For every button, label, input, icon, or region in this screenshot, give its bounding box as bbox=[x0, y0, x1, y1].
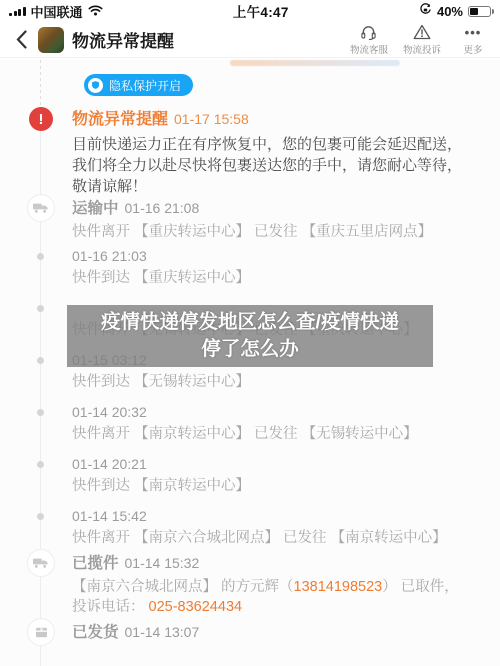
privacy-shield-icon bbox=[88, 78, 103, 93]
entry-time: 01-14 15:32 bbox=[125, 555, 200, 571]
entry-time: 01-14 15:42 bbox=[72, 506, 466, 526]
timeline-entry: 01-16 21:03 快件到达 【重庆转运中心】 bbox=[0, 246, 500, 288]
entry-detail: 【南京六合城北网点】 的方元辉（13814198523） 已取件， 投诉电话： … bbox=[72, 577, 466, 617]
entry-detail: 快件离开 【重庆转运中心】 已发往 【重庆五里店网点】 bbox=[72, 222, 466, 242]
entry-detail: 快件离开 【南京转运中心】 已发往 【无锡转运中心】 bbox=[72, 424, 466, 444]
entry-time: 01-14 20:32 bbox=[72, 402, 466, 422]
customer-service-button[interactable]: 物流客服 bbox=[350, 24, 388, 56]
pickup-text: 【南京六合城北网点】 的方元辉（ bbox=[72, 579, 294, 595]
battery-percent: 40% bbox=[437, 4, 463, 19]
privacy-protection-badge[interactable]: 隐私保护开启 bbox=[84, 74, 193, 96]
alert-exclamation-icon: ! bbox=[29, 107, 53, 131]
clipped-row-remnant bbox=[230, 60, 400, 66]
nav-bar: 物流异常提醒 物流客服 物流投诉 ••• bbox=[0, 22, 500, 58]
clock: 上午4:47 bbox=[103, 1, 419, 21]
courier-phone-link[interactable]: 13814198523 bbox=[294, 579, 383, 595]
alert-message: 目前快递运力正在有序恢复中，您的包裹可能会延迟配送，我们将全力以赴尽快将包裹送达… bbox=[72, 134, 466, 197]
entry-title: 已发货 bbox=[72, 624, 119, 641]
rotation-lock-icon bbox=[419, 3, 432, 19]
customer-service-label: 物流客服 bbox=[350, 42, 388, 56]
watermark-line1: 疫情快递停发地区怎么查/疫情快递 bbox=[101, 309, 399, 336]
warning-triangle-icon bbox=[413, 24, 431, 41]
entry-time: 01-16 21:03 bbox=[72, 246, 466, 266]
entry-title: 已揽件 bbox=[72, 555, 119, 572]
entry-detail: 快件到达 【无锡转运中心】 bbox=[72, 372, 466, 392]
more-button[interactable]: ••• 更多 bbox=[456, 24, 490, 56]
privacy-protection-label: 隐私保护开启 bbox=[109, 77, 181, 94]
timeline-dot bbox=[37, 513, 44, 520]
entry-time: 01-14 13:07 bbox=[125, 624, 200, 640]
timeline-dot bbox=[37, 357, 44, 364]
timeline-entry: 01-14 20:32 快件离开 【南京转运中心】 已发往 【无锡转运中心】 bbox=[0, 402, 500, 444]
page-title: 物流异常提醒 bbox=[72, 27, 174, 52]
entry-title: 运输中 bbox=[72, 200, 119, 217]
entry-time: 01-16 21:08 bbox=[125, 200, 200, 216]
timeline-dot bbox=[37, 461, 44, 468]
timeline-dot bbox=[37, 305, 44, 312]
timeline-dot bbox=[37, 253, 44, 260]
carrier-label: 中国联通 bbox=[31, 2, 83, 21]
timeline-entry-alert: ! 物流异常提醒01-17 15:58 目前快递运力正在有序恢复中，您的包裹可能… bbox=[0, 108, 500, 197]
headset-icon bbox=[360, 24, 377, 41]
timeline-entry: 01-14 15:42 快件离开 【南京六合城北网点】 已发往 【南京转运中心】 bbox=[0, 506, 500, 548]
complaint-label: 物流投诉 bbox=[403, 42, 441, 56]
more-dots-icon: ••• bbox=[465, 24, 482, 41]
entry-time: 01-17 15:58 bbox=[174, 111, 249, 127]
watermark-overlay: 疫情快递停发地区怎么查/疫情快递 停了怎么办 bbox=[67, 305, 433, 367]
tracking-timeline: 隐私保护开启 ! 物流异常提醒01-17 15:58 目前快递运力正在有序恢复中… bbox=[0, 60, 500, 666]
cell-signal-icon bbox=[9, 6, 26, 16]
timeline-dot bbox=[37, 409, 44, 416]
entry-title: 物流异常提醒 bbox=[72, 111, 168, 128]
truck-icon bbox=[27, 194, 55, 222]
timeline-entry-transit: 运输中01-16 21:08 快件离开 【重庆转运中心】 已发往 【重庆五里店网… bbox=[0, 197, 500, 242]
complaint-button[interactable]: 物流投诉 bbox=[403, 24, 441, 56]
package-icon bbox=[27, 618, 55, 646]
entry-detail: 快件离开 【南京六合城北网点】 已发往 【南京转运中心】 bbox=[72, 528, 466, 548]
timeline-rail-dashed bbox=[40, 60, 41, 112]
timeline-entry-pickup: 已揽件01-14 15:32 【南京六合城北网点】 的方元辉（138141985… bbox=[0, 552, 500, 617]
app-screen: 中国联通 上午4:47 40% 物流异常提醒 bbox=[0, 0, 500, 666]
entry-time: 01-14 20:21 bbox=[72, 454, 466, 474]
avatar[interactable] bbox=[38, 27, 64, 53]
entry-detail: 快件到达 【重庆转运中心】 bbox=[72, 268, 466, 288]
wifi-icon bbox=[88, 4, 103, 19]
timeline-entry: 01-14 20:21 快件到达 【南京转运中心】 bbox=[0, 454, 500, 496]
truck-icon bbox=[27, 549, 55, 577]
back-button[interactable] bbox=[10, 27, 32, 53]
battery-icon bbox=[468, 6, 491, 17]
entry-detail: 快件到达 【南京转运中心】 bbox=[72, 476, 466, 496]
status-bar: 中国联通 上午4:47 40% bbox=[0, 0, 500, 22]
timeline-entry-shipped: 已发货01-14 13:07 bbox=[0, 621, 500, 644]
complaint-phone-link[interactable]: 025-83624434 bbox=[149, 599, 243, 615]
watermark-line2: 停了怎么办 bbox=[201, 336, 299, 363]
more-label: 更多 bbox=[463, 42, 482, 56]
